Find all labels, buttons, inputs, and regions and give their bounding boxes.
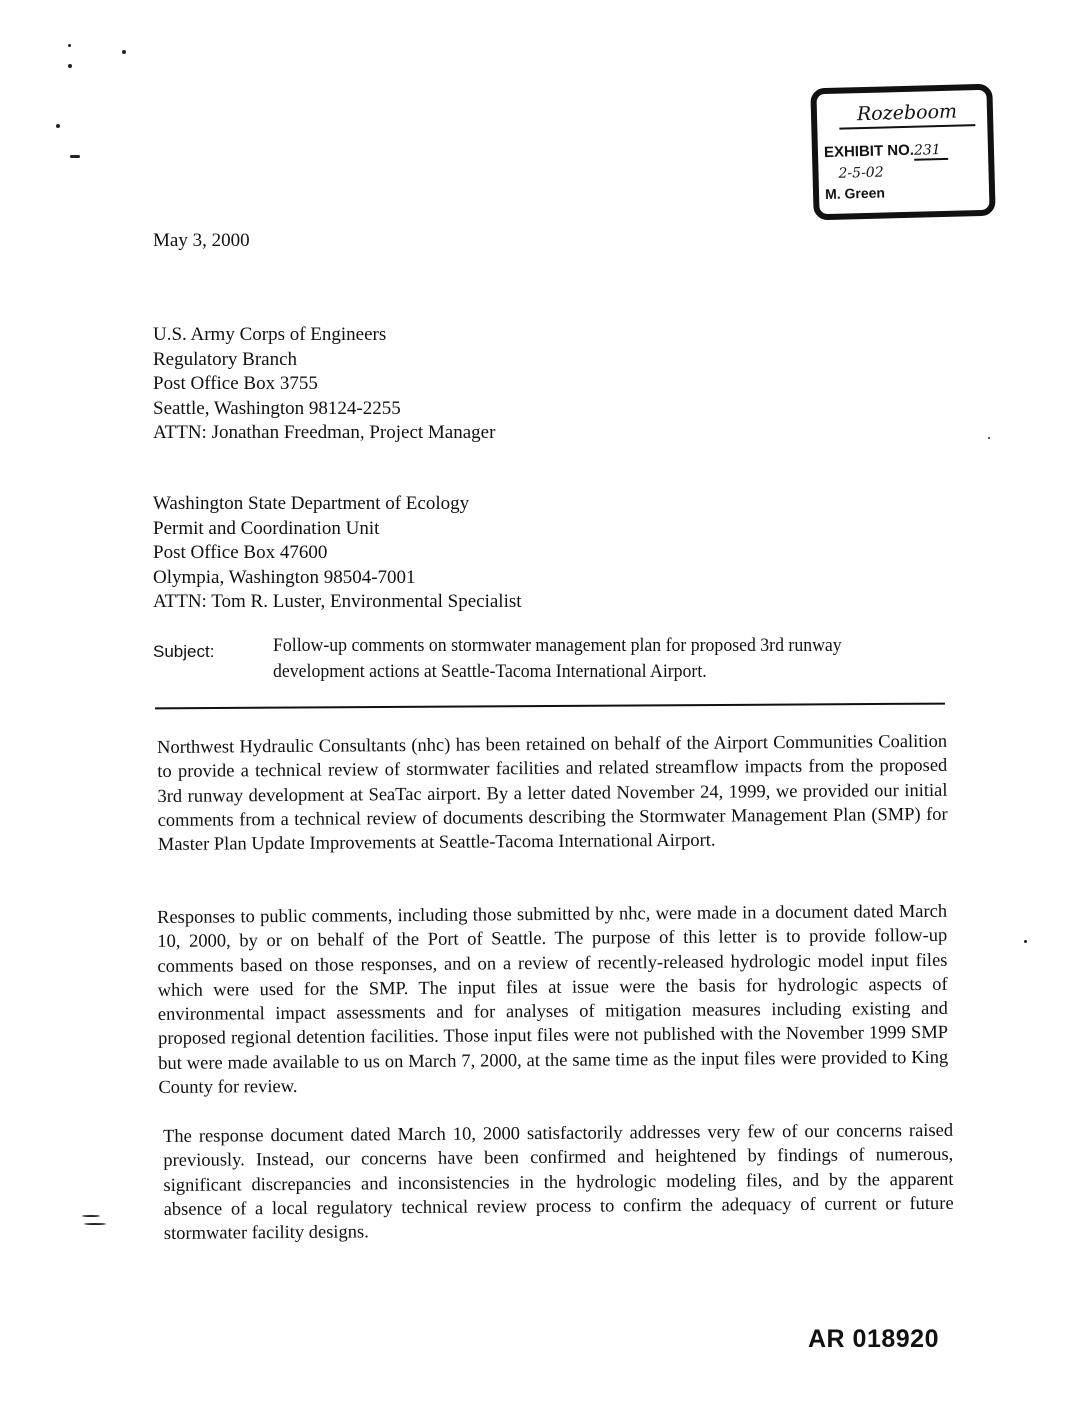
- scan-speck: [1024, 940, 1027, 943]
- address-attn-line: ATTN: Tom R. Luster, Environmental Speci…: [153, 590, 522, 615]
- stamp-reporter: M. Green: [825, 184, 885, 202]
- exhibit-stamp: Rozeboom EXHIBIT NO.231 2-5-02 M. Green: [810, 84, 995, 221]
- recipient-address-ecology: Washington State Department of Ecology P…: [153, 492, 522, 615]
- scan-speck: [988, 437, 990, 439]
- scan-speck: [56, 124, 60, 128]
- document-page: Rozeboom EXHIBIT NO.231 2-5-02 M. Green …: [0, 0, 1088, 1415]
- body-paragraph: Responses to public comments, including …: [157, 900, 949, 1101]
- address-line: Post Office Box 47600: [153, 541, 522, 566]
- subject-divider: [155, 703, 945, 710]
- stamp-exhibit-number: 231: [914, 142, 948, 161]
- letter-date: May 3, 2000: [153, 230, 250, 252]
- stamp-date: 2-5-02: [838, 165, 883, 182]
- address-line: Washington State Department of Ecology: [153, 492, 522, 517]
- scan-speck: [68, 44, 71, 47]
- scan-speck: [68, 64, 72, 68]
- body-paragraph: Northwest Hydraulic Consultants (nhc) ha…: [157, 730, 948, 858]
- address-attn-line: ATTN: Jonathan Freedman, Project Manager: [153, 421, 495, 446]
- bates-number: AR 018920: [808, 1325, 939, 1354]
- stamp-exhibit-line: EXHIBIT NO.231: [824, 141, 948, 163]
- subject-text: Follow-up comments on stormwater managem…: [273, 633, 926, 685]
- subject-label: Subject:: [153, 639, 214, 665]
- recipient-address-army-corps: U.S. Army Corps of Engineers Regulatory …: [153, 323, 495, 446]
- stamp-exhibit-label: EXHIBIT NO.: [824, 142, 914, 161]
- scan-speck: [70, 155, 80, 158]
- address-line: U.S. Army Corps of Engineers: [153, 323, 495, 348]
- body-paragraph: The response document dated March 10, 20…: [163, 1119, 954, 1247]
- address-line: Regulatory Branch: [153, 348, 495, 373]
- margin-pen-mark: [80, 1215, 106, 1231]
- stamp-deponent-signature: Rozeboom: [839, 100, 976, 130]
- address-line: Permit and Coordination Unit: [153, 517, 522, 542]
- address-line: Post Office Box 3755: [153, 372, 495, 397]
- address-line: Seattle, Washington 98124-2255: [153, 397, 495, 422]
- address-line: Olympia, Washington 98504-7001: [153, 566, 522, 591]
- scan-speck: [122, 50, 126, 54]
